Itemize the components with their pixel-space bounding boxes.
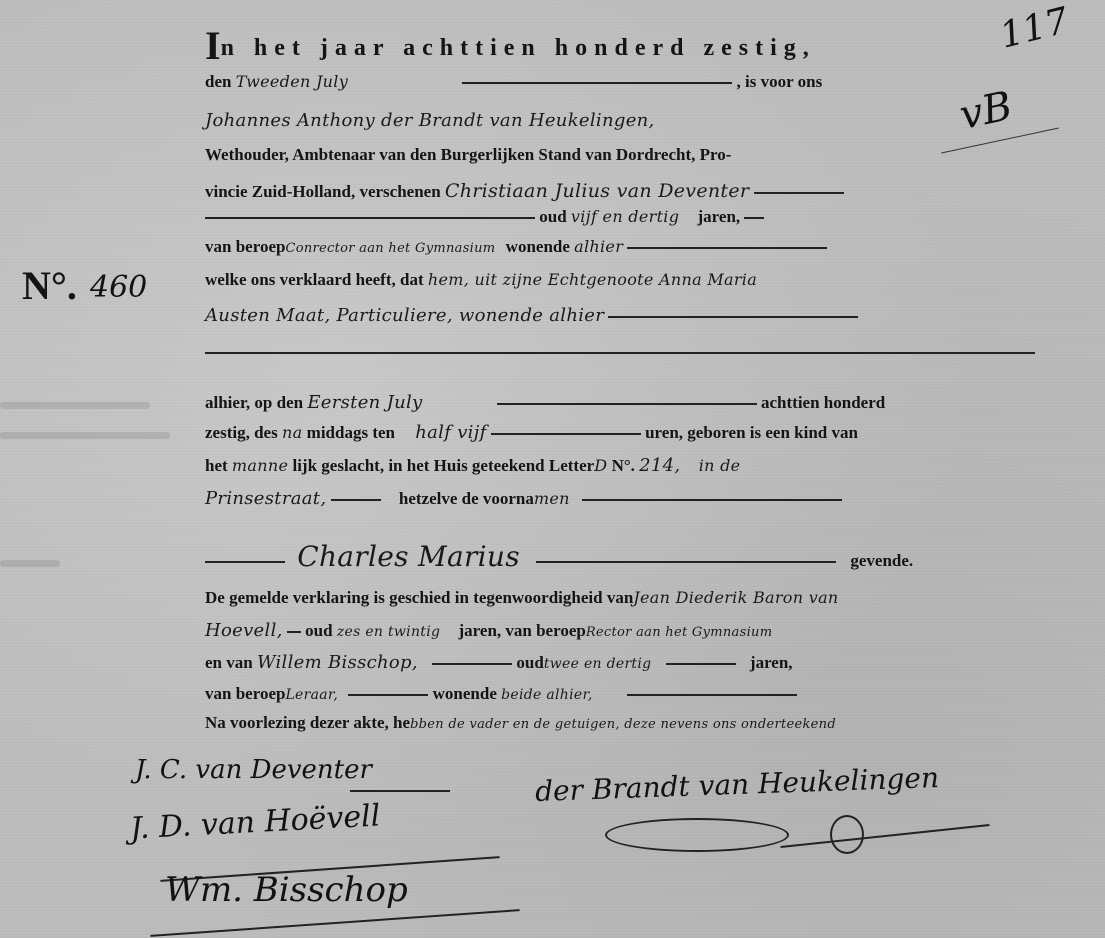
blank-rule [462,82,732,84]
blank-rule [205,561,285,563]
handwritten-occupation: Conrector aan het Gymnasium [285,241,495,256]
registrar-flourish-loop [830,815,864,854]
handwritten-witness2-name: Willem Bisschop, [257,652,418,673]
declaration-line: welke ons verklaard heeft, dat hem, uit … [205,270,757,290]
blank-rule [608,316,858,318]
witness2-line: en van Willem Bisschop, oudtwee en derti… [205,652,793,673]
blank-rule [287,631,301,633]
signature-underline [350,790,450,792]
signature-registrar: der Brandt van Heukelingen [535,761,940,808]
birth-time-line: zestig, des na middags ten half vijf ure… [205,422,858,443]
handwritten-declarant-name: Christiaan Julius van Deventer [445,180,749,202]
handwritten-registrar-name: Johannes Anthony der Brandt van Heukelin… [205,110,655,131]
handwritten-mother-details: Austen Maat, Particuliere, wonende alhie… [205,305,604,326]
blank-rule [627,694,797,696]
witness1-details-line: Hoevell, oud zes en twintig jaren, van b… [205,620,772,641]
blank-rule [666,663,736,665]
declarant-age-line: oud vijf en dertig jaren, [205,207,764,227]
handwritten-in-de: in de [699,456,741,475]
registrar-flourish-tail [780,824,989,848]
blank-rule [205,352,1035,354]
handwritten-birth-date: Eersten July [307,392,422,413]
blank-rule [627,247,827,249]
registrar-flourish-loop [605,818,789,852]
registrar-title-line: Wethouder, Ambtenaar van den Burgerlijke… [205,145,731,165]
bleed-through-mark [0,432,170,439]
handwritten-date: Tweeden July [236,72,348,91]
handwritten-mother-name: hem, uit zijne Echtgenoote Anna Maria [428,270,757,289]
handwritten-closing: bben de vader en de getuigen, deze neven… [410,717,836,732]
signature-declarant: J. C. van Deventer [135,755,372,785]
street-line: Prinsestraat, hetzelve de voornamen [205,488,842,509]
handwritten-birth-hour: half vijf [415,422,486,443]
handwritten-witness2-age: twee en dertig [544,656,652,672]
blank-rule [744,217,764,219]
signature-witness2: Wm. Bisschop [165,870,408,910]
declarant-occupation-line: van beroepConrector aan het Gymnasium wo… [205,237,827,257]
sex-and-house-line: het manne lijk geslacht, in het Huis get… [205,455,740,476]
handwritten-sex: manne [232,456,288,475]
handwritten-street: Prinsestraat, [205,488,326,509]
witnesses-intro-line: De gemelde verklaring is geschied in teg… [205,588,839,608]
handwritten-child-name: Charles Marius [297,540,520,573]
handwritten-letter: D [594,456,607,475]
handwritten-witness1-surname: Hoevell, [205,620,283,641]
scanned-document-page: 117 vB N°. 460 IIn het jaar achttien hon… [0,0,1105,938]
act-number: 460 [90,270,147,305]
birth-date-line: alhier, op den Eersten July achttien hon… [205,392,885,413]
blank-rule [331,499,381,501]
handwritten-residence: alhier [574,237,623,256]
initials-annotation: vB [956,83,1016,139]
handwritten-witness1-name: Jean Diederik Baron van [633,588,838,607]
child-name-line: Charles Marius gevende. [205,540,913,573]
signature-flourish [150,909,519,937]
blank-rule [497,403,757,405]
closing-line: Na voorlezing dezer akte, hebben de vade… [205,713,836,733]
witness2-occupation-line: van beroepLeraar, wonende beide alhier, [205,684,797,704]
blank-rule [491,433,641,435]
blank-rule [432,663,512,665]
mother-details-line: Austen Maat, Particuliere, wonende alhie… [205,305,858,326]
blank-rule [754,192,844,194]
blank-rule [205,217,535,219]
blank-rule [536,561,836,563]
handwritten-witness-residence: beide alhier, [501,687,593,703]
date-declaration-line: den Tweeden July , is voor ons [205,72,822,92]
handwritten-house-number: 214, [639,455,680,476]
act-number-label: N°. [22,262,77,309]
blank-rule [582,499,842,501]
declarant-line: vincie Zuid-Holland, verschenen Christia… [205,180,844,202]
document-heading: IIn het jaar achttien honderd zestig,n h… [205,22,816,69]
handwritten-witness1-age: zes en twintig [337,624,440,640]
handwritten-witness2-occupation: Leraar, [285,687,338,703]
handwritten-na: na [282,423,302,442]
bleed-through-mark [0,402,150,409]
handwritten-declarant-age: vijf en dertig [571,207,679,226]
signature-witness1: J. D. van Hoëvell [129,798,381,846]
page-number-annotation: 117 [996,0,1073,56]
bleed-through-mark [0,560,60,567]
handwritten-witness1-occupation: Rector aan het Gymnasium [586,625,773,640]
blank-rule [348,694,428,696]
